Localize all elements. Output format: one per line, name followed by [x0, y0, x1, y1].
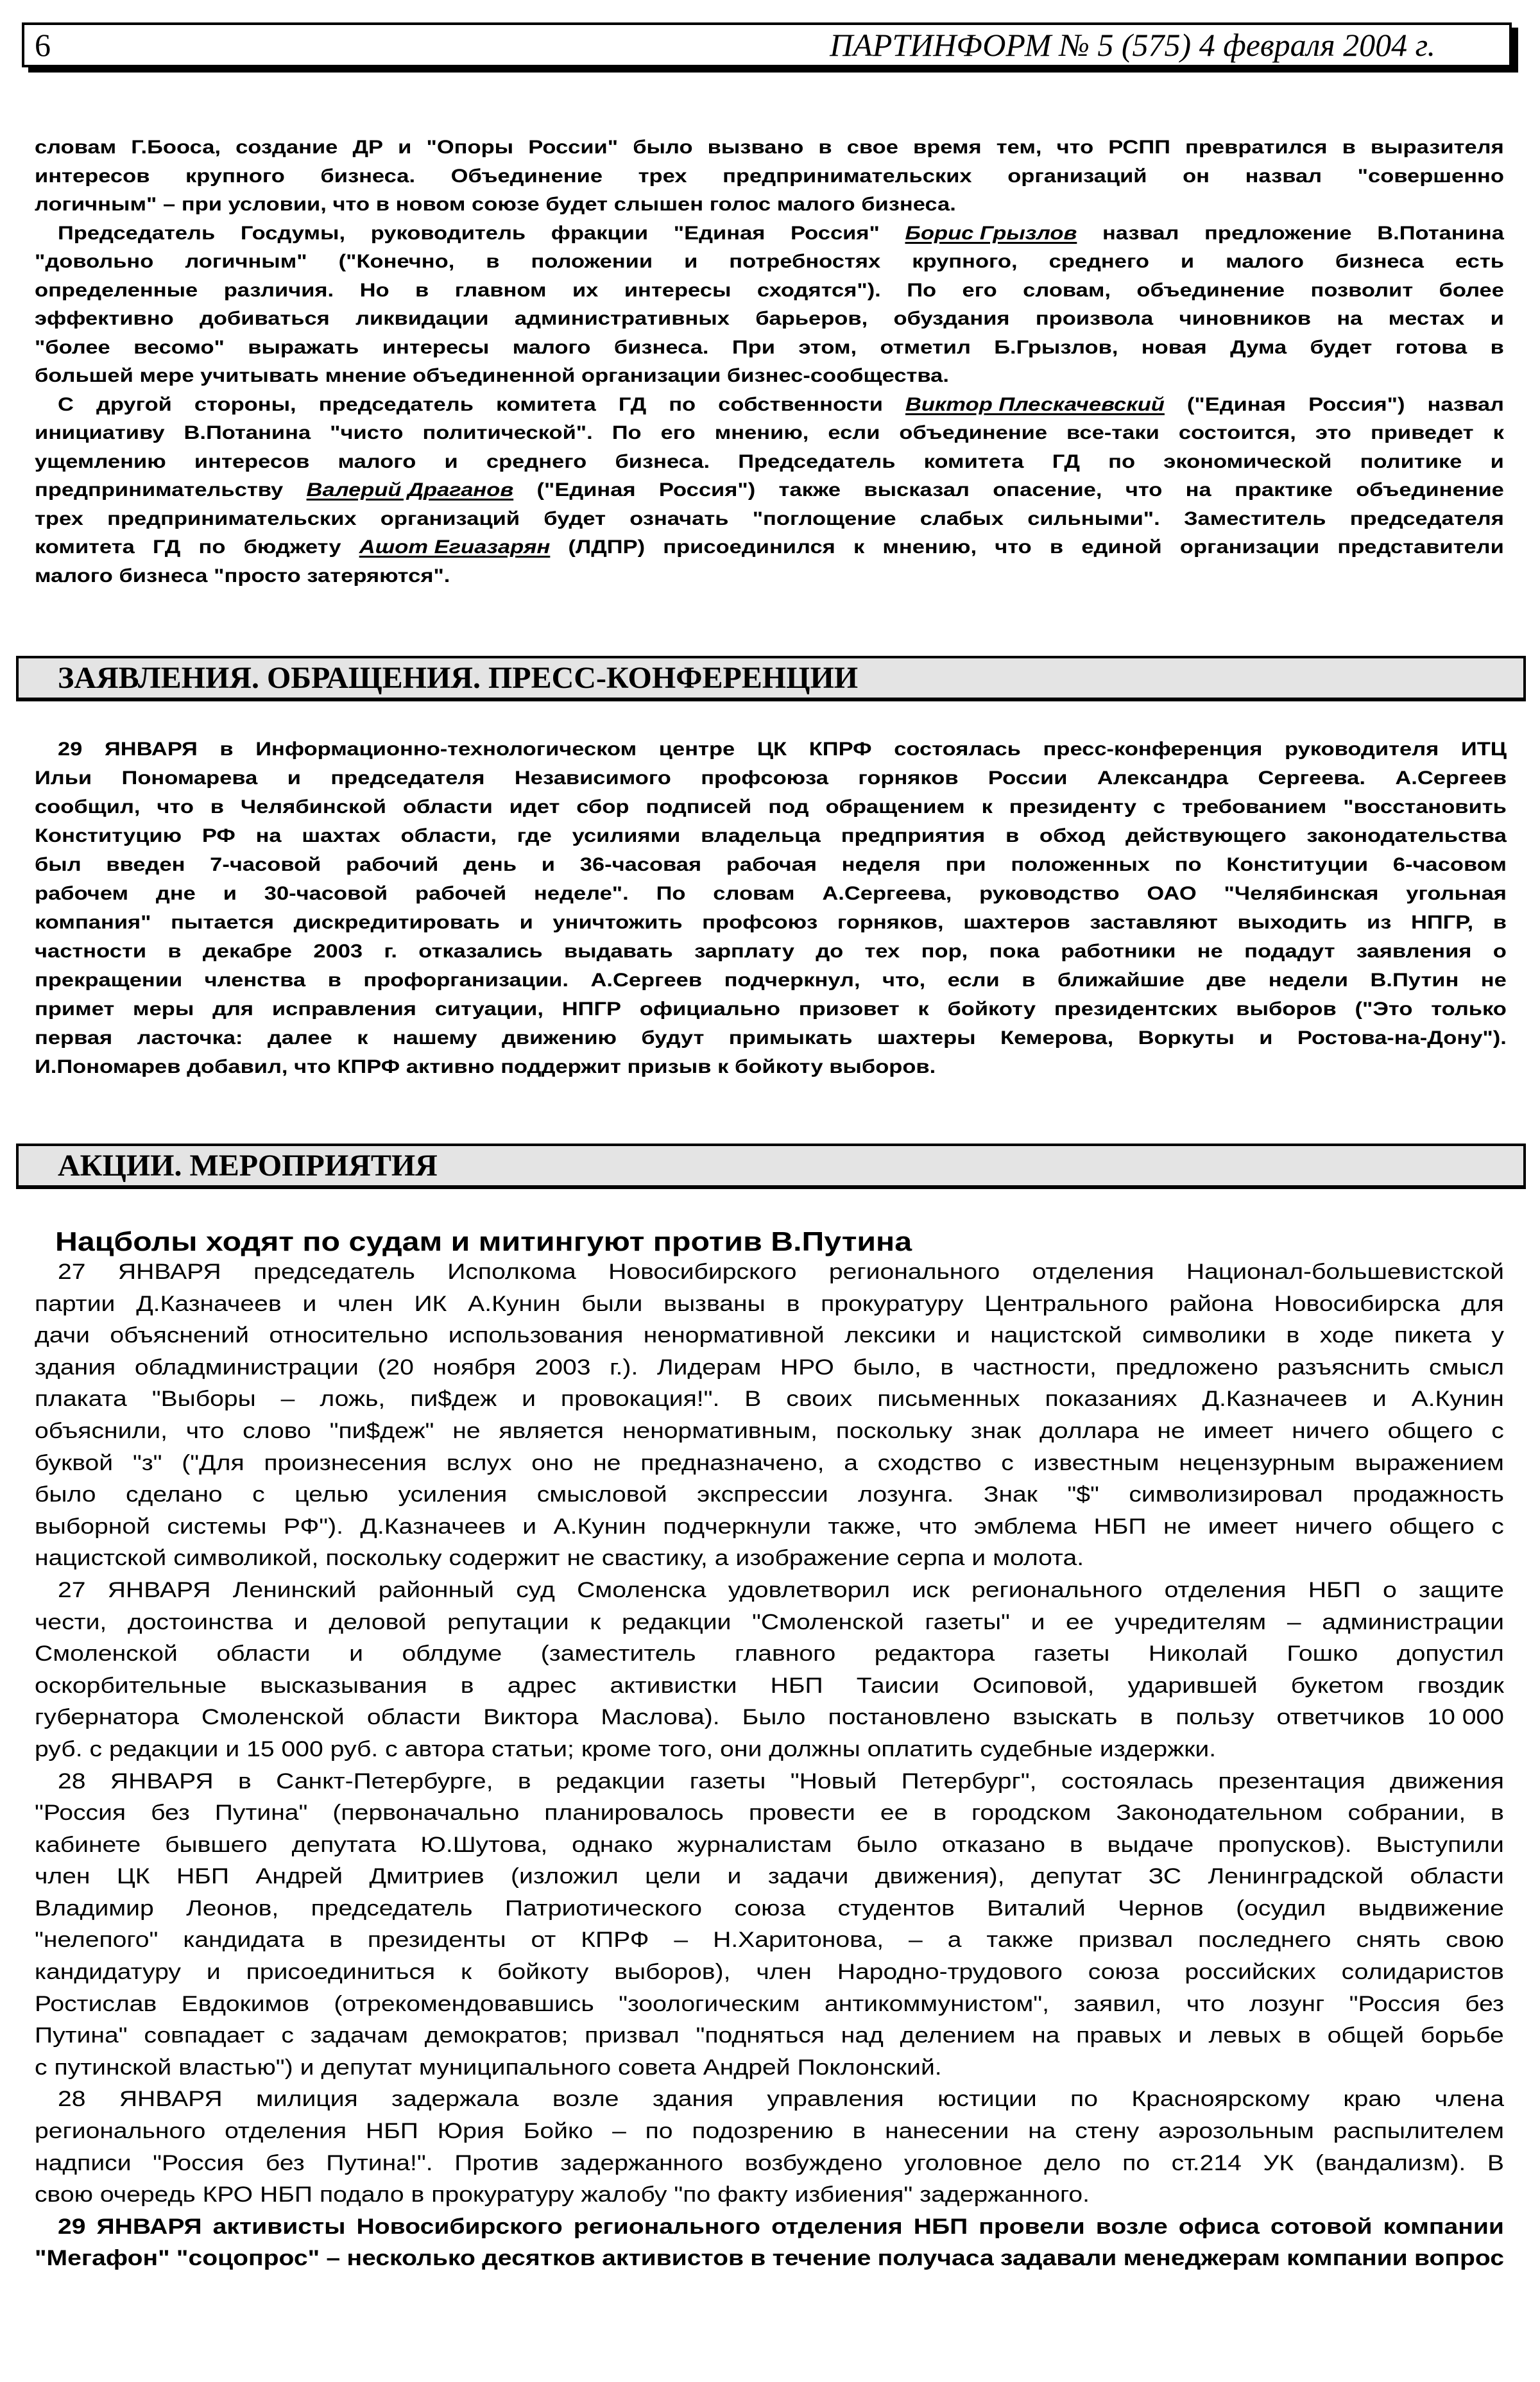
word: ЯНВАРЯ: [97, 2211, 202, 2243]
person-name: Борис Грызлов: [905, 219, 1077, 248]
word: А.Кунин: [468, 1289, 560, 1321]
word: тем,: [997, 133, 1042, 162]
word: при: [182, 191, 222, 219]
word: ОАО: [1147, 879, 1196, 908]
word: Чернов: [1118, 1893, 1204, 1925]
word: в: [1287, 1320, 1300, 1352]
word: жалобу: [581, 2179, 667, 2211]
word: при: [946, 850, 986, 879]
word: с: [281, 2020, 294, 2052]
word: заявления: [1356, 937, 1472, 966]
text-line: буквой"з"("Дляпроизнесениявслухононепред…: [35, 1448, 1504, 1480]
text-line: КонституциюРФнашахтахобласти,гдеусилиями…: [35, 821, 1507, 850]
word: без: [266, 2148, 305, 2180]
word: официально: [640, 995, 780, 1024]
word: избиения": [794, 2179, 912, 2211]
word: районный: [379, 1575, 494, 1607]
word: слово: [243, 1416, 311, 1448]
word: антикоммунистом",: [825, 1989, 1049, 2021]
text-line: ИльиПономареваипредседателяНезависимогоп…: [35, 764, 1507, 793]
word: Объединение: [451, 162, 603, 191]
word: был: [35, 850, 81, 879]
word: крупного,: [912, 248, 1017, 277]
text-line: ВладимирЛеонов,председательПатриотическо…: [35, 1893, 1504, 1925]
text-line: былосделаносцельюусилениясмысловойэкспре…: [35, 1479, 1504, 1511]
word: не: [567, 1543, 594, 1575]
word: бизнеса: [119, 562, 207, 591]
word: (20: [377, 1352, 414, 1384]
word: предпринимательству: [35, 476, 283, 505]
word: бойкоту: [497, 1957, 588, 1989]
word: председателя: [1350, 505, 1504, 534]
word: (изложил: [511, 1861, 619, 1893]
word: Госдумы,: [241, 219, 345, 248]
word: регионального: [35, 2116, 205, 2148]
word: "Россия: [153, 2148, 244, 2180]
word: Санкт-Петербурге,: [276, 1766, 493, 1798]
word: стороны,: [194, 391, 296, 420]
word: РФ: [202, 821, 235, 850]
word: КРО: [203, 2179, 253, 2211]
word: г.: [384, 937, 397, 966]
word: общего: [1389, 1511, 1475, 1543]
word: КПРФ: [337, 1052, 400, 1081]
word: что: [186, 1416, 225, 1448]
word: НБП: [914, 2211, 968, 2243]
word: эмблема: [974, 1511, 1077, 1543]
word: и: [294, 1607, 308, 1639]
word: подадут: [1244, 937, 1335, 966]
word: для: [212, 995, 253, 1024]
word: факту: [717, 2179, 787, 2211]
word: позволит: [1310, 277, 1413, 305]
text-line: плаката"Выборы–ложь,пи$дежипровокация!".…: [35, 1384, 1504, 1416]
word: А.Кунин: [554, 1511, 646, 1543]
text-line: предпринимательствуВалерий Драганов("Еди…: [35, 476, 1504, 505]
word: профорганизации.: [363, 966, 569, 995]
word: изображение: [735, 1543, 889, 1575]
word: введен: [106, 850, 185, 879]
word: 30-часовой: [264, 879, 388, 908]
word: судебные: [980, 1734, 1093, 1766]
word: Против: [454, 2148, 538, 2180]
word: "более: [35, 334, 110, 363]
word: борьбе: [1421, 2020, 1504, 2052]
word: области: [1410, 1861, 1504, 1893]
word: если: [948, 966, 1000, 995]
word: кандидата: [183, 1924, 304, 1957]
word: новая: [1142, 334, 1207, 363]
text-line: 29ЯНВАРЯактивистыНовосибирскогорегиональ…: [35, 2211, 1504, 2243]
word: рабочий: [346, 850, 438, 879]
word: Знак: [984, 1479, 1038, 1511]
word: целью: [295, 1479, 368, 1511]
word: по: [1175, 850, 1202, 879]
word: бизнеса.: [614, 334, 709, 363]
text-line: "довольнологичным"("Конечно,вположенииип…: [35, 248, 1504, 277]
word: регионального: [574, 2211, 760, 2243]
word: предложено: [1115, 1352, 1258, 1384]
word: буквой: [35, 1448, 113, 1480]
word: задержала: [391, 2084, 518, 2116]
paragraph: 29ЯНВАРЯвИнформационно-технологическомце…: [35, 735, 1315, 1081]
word: ГД: [153, 533, 180, 562]
word: в: [853, 2116, 866, 2148]
word: ложь,: [320, 1384, 385, 1416]
word: политике: [1360, 448, 1462, 477]
text-line: кандидатуруиприсоединитьсякбойкотувыборо…: [35, 1957, 1504, 1989]
word: мнению,: [715, 419, 809, 448]
word: объединение: [1136, 277, 1285, 305]
word: в: [1491, 1797, 1504, 1829]
word: не: [1163, 1511, 1191, 1543]
word: малого: [1226, 248, 1304, 277]
word: более: [1439, 277, 1504, 305]
word: и: [956, 1320, 970, 1352]
word: администрации: [1322, 1607, 1504, 1639]
word: руководителя: [1285, 735, 1439, 764]
word: свою: [1446, 1924, 1504, 1957]
word: властью"): [178, 2052, 293, 2084]
word: вслух: [447, 1448, 512, 1480]
word: последнего: [1198, 1924, 1331, 1957]
word: интересов: [194, 448, 309, 477]
paragraph: словамГ.Бооса,созданиеДРи"ОпорыРоссии"бы…: [35, 133, 1312, 219]
word: ущемлению: [35, 448, 166, 477]
word: положении: [531, 248, 653, 277]
word: Александра: [1097, 764, 1228, 793]
word: цели: [645, 1861, 701, 1893]
word: является: [499, 1416, 604, 1448]
word: (ЛДПР): [569, 533, 646, 562]
word: член: [35, 1861, 90, 1893]
word: управления: [767, 2084, 903, 2116]
text-line: Смоленскойобластииоблдуме(заместительгла…: [35, 1638, 1504, 1670]
word: ("Для: [182, 1448, 244, 1480]
word: Смоленской: [201, 1702, 345, 1734]
word: слабых: [920, 505, 1004, 534]
word: создание: [235, 133, 338, 162]
text-line: дачиобъясненийотносительноиспользованиян…: [35, 1320, 1504, 1352]
word: из: [1367, 908, 1391, 937]
word: о: [1383, 1575, 1397, 1607]
word: Маслова).: [601, 1702, 719, 1734]
word: сбор: [576, 793, 629, 821]
word: владельца: [701, 821, 821, 850]
word: и: [300, 2052, 314, 2084]
word: КПРФ: [581, 1924, 649, 1957]
word: ударившей: [1128, 1670, 1258, 1702]
word: солидаристов: [1342, 1957, 1504, 1989]
text-line: компания"пытаетсядискредитироватьиуничто…: [35, 908, 1507, 937]
word: прокуратуру: [821, 1289, 963, 1321]
word: новом: [396, 191, 466, 219]
word: в: [1342, 133, 1356, 162]
word: добавил,: [187, 1052, 287, 1081]
word: движению: [502, 1024, 617, 1052]
word: было: [35, 1479, 96, 1511]
word: НБП: [260, 2179, 312, 2211]
word: защите: [1419, 1575, 1504, 1607]
word: системы: [167, 1511, 266, 1543]
word: высказывания: [260, 1670, 427, 1702]
word: области: [216, 1638, 310, 1670]
word: губернатора: [35, 1702, 179, 1734]
word: "восстановить: [1343, 793, 1507, 821]
word: без: [151, 1797, 190, 1829]
word: учитывать: [200, 362, 319, 391]
word: муниципального: [419, 2052, 611, 2084]
word: Г.Бооса,: [131, 133, 221, 162]
word: задержанного.: [920, 2179, 1090, 2211]
paragraph: ПредседательГосдумы,руководительфракции"…: [35, 219, 1312, 391]
word: выборов: [1236, 995, 1336, 1024]
word: действующего: [1125, 821, 1287, 850]
word: а: [948, 1924, 962, 1957]
word: произнесения: [264, 1448, 427, 1480]
word: практике: [1235, 476, 1333, 505]
word: пресс-конференция: [1043, 735, 1263, 764]
word: десятков: [482, 2243, 595, 2275]
word: выражением: [1355, 1448, 1503, 1480]
word: профсоюза: [701, 764, 828, 793]
word: Но: [360, 277, 389, 305]
word: и: [1259, 1024, 1272, 1052]
word: пор,: [921, 937, 968, 966]
text-line: 27ЯНВАРЯпредседательИсполкомаНовосибирск…: [35, 1256, 1504, 1289]
word: примыкать: [729, 1024, 853, 1052]
text-line: определенныеразличия.Новглавномихинтерес…: [35, 277, 1504, 305]
word: депутата: [292, 1829, 397, 1862]
word: Николай: [1149, 1638, 1248, 1670]
word: и: [1031, 1607, 1045, 1639]
word: студентов: [837, 1893, 954, 1925]
word: 27: [58, 1256, 86, 1289]
word: среднего: [1049, 248, 1149, 277]
text-line: 27ЯНВАРЯЛенинскийрайонныйсудСмоленскаудо…: [35, 1575, 1504, 1607]
word: предприятия: [841, 821, 986, 850]
word: в: [940, 1352, 954, 1384]
word: задавали: [1000, 2243, 1116, 2275]
word: "по: [674, 2179, 710, 2211]
word: нецензурным: [1179, 1448, 1335, 1480]
word: "чисто: [330, 419, 403, 448]
word: Национал-большевистской: [1186, 1256, 1504, 1289]
word: превратился: [1185, 133, 1327, 162]
word: свастику,: [602, 1543, 708, 1575]
text-line: "нелепого"кандидатавпрезидентыотКПРФ–Н.Х…: [35, 1924, 1504, 1957]
word: организации: [581, 362, 721, 391]
word: автора: [405, 1734, 484, 1766]
word: произвола: [1036, 305, 1153, 334]
word: сходятся").: [757, 277, 881, 305]
word: означать: [629, 505, 728, 534]
word: бойкоту: [947, 995, 1036, 1024]
word: "з": [133, 1448, 162, 1480]
word: зарплату: [694, 937, 794, 966]
text-line: сообщил,чтовЧелябинскойобластиидетсборпо…: [35, 793, 1507, 821]
word: редакции: [622, 1607, 731, 1639]
word: в: [411, 2179, 425, 2211]
word: ЯНВАРЯ: [105, 735, 198, 764]
word: символики: [1142, 1320, 1266, 1352]
word: на: [1032, 2020, 1059, 2052]
word: (отрекомендовавшись: [334, 1989, 594, 2021]
word: что: [1057, 133, 1094, 162]
word: ЯНВАРЯ: [110, 1766, 214, 1798]
word: редактора: [875, 1638, 995, 1670]
word: ликвидации: [355, 305, 489, 334]
word: идет: [509, 793, 560, 821]
word: чиновников: [1179, 305, 1312, 334]
paragraph: 28ЯНВАРЯвСанкт-Петербурге,вредакциигазет…: [35, 1766, 1312, 2084]
text-line: былвведен7-часовойрабочийденьи36-часовая…: [35, 850, 1507, 879]
word: и: [223, 879, 237, 908]
word: уничтожить: [552, 908, 682, 937]
word: по: [1122, 2148, 1150, 2180]
word: главном: [455, 277, 547, 305]
word: "Новый: [791, 1766, 877, 1798]
word: выдвижение: [1358, 1893, 1504, 1925]
word: только: [1431, 995, 1507, 1024]
word: шахтеры: [877, 1024, 976, 1052]
word: вызвано: [708, 133, 804, 162]
word: а: [715, 1543, 729, 1575]
word: недели: [1269, 966, 1348, 995]
word: лозунга.: [858, 1479, 954, 1511]
text-line: ущемлениюинтересовмалогоисреднегобизнеса…: [35, 448, 1504, 477]
word: и: [520, 908, 533, 937]
word: (вандализм).: [1315, 2148, 1466, 2180]
statements-text: 29ЯНВАРЯвИнформационно-технологическомце…: [35, 735, 1315, 1081]
word: регионального: [829, 1256, 1000, 1289]
word: ("Единая: [536, 476, 635, 505]
word: деловой: [329, 1607, 426, 1639]
word: Россия": [791, 219, 880, 248]
word: к: [1493, 419, 1504, 448]
word: 7-часовой: [210, 850, 321, 879]
word: в: [1140, 1702, 1153, 1734]
word: мнение: [325, 362, 407, 391]
word: будет: [545, 191, 608, 219]
word: бывшего: [165, 1829, 268, 1862]
word: Новосибирского: [608, 1256, 796, 1289]
word: России": [528, 133, 618, 162]
word: заставляют: [1090, 908, 1217, 937]
word: шахтеров: [963, 908, 1070, 937]
word: Законодательном: [1116, 1797, 1322, 1829]
word: другой: [96, 391, 172, 420]
word: частности,: [973, 1352, 1097, 1384]
word: пользу: [1176, 1702, 1254, 1734]
word: распылителем: [1333, 2116, 1504, 2148]
word: состоялась: [1061, 1766, 1193, 1798]
word: Смоленской: [35, 1638, 178, 1670]
word: "Россия: [1349, 1989, 1441, 2021]
word: если: [828, 419, 880, 448]
word: словам: [713, 879, 794, 908]
word: большей: [35, 362, 133, 391]
word: единой: [1081, 533, 1161, 562]
word: выборной: [35, 1511, 150, 1543]
word: выдавать: [564, 937, 673, 966]
word: декабре: [203, 937, 292, 966]
word: провести: [749, 1797, 855, 1829]
word: ИТЦ: [1461, 735, 1507, 764]
word: вопрос: [1414, 2243, 1504, 2275]
word: с: [252, 1479, 265, 1511]
word: В.Путин: [1370, 966, 1459, 995]
word: их: [572, 277, 598, 305]
word: отказались: [418, 937, 542, 966]
word: 6-часовом: [1393, 850, 1507, 879]
word: "Единая: [674, 219, 766, 248]
word: он: [1183, 162, 1210, 191]
word: (первоначально: [332, 1797, 519, 1829]
word: Лидерам: [657, 1352, 761, 1384]
word: у: [1491, 1320, 1504, 1352]
word: горняков: [858, 764, 958, 793]
word: ЯНВАРЯ: [118, 1256, 221, 1289]
word: РФ").: [284, 1511, 343, 1543]
word: Народно-трудового: [837, 1957, 1063, 1989]
word: Д.Казначеев: [360, 1511, 505, 1543]
section-header-statements: ЗАЯВЛЕНИЯ. ОБРАЩЕНИЯ. ПРЕСС-КОНФЕРЕНЦИИ: [16, 656, 1526, 701]
word: Путина!".: [326, 2148, 432, 2180]
person-name: Валерий Драганов: [307, 476, 514, 505]
word: председателя: [330, 764, 484, 793]
word: к: [717, 1052, 728, 1081]
word: призовет: [799, 995, 900, 1024]
word: и: [1181, 248, 1194, 277]
word: "Смоленской: [752, 1607, 904, 1639]
word: в: [518, 1766, 531, 1798]
word: Виктора: [483, 1702, 578, 1734]
word: они: [720, 1734, 762, 1766]
word: руководитель: [371, 219, 526, 248]
word: серпа: [896, 1543, 964, 1575]
word: усиления: [398, 1479, 508, 1511]
word: в: [933, 1797, 946, 1829]
word: "нелепого": [35, 1924, 158, 1957]
word: о: [1493, 937, 1507, 966]
word: выдаче: [1108, 1829, 1194, 1862]
word: рабочем: [35, 879, 128, 908]
word: выборов),: [614, 1957, 730, 1989]
text-line: кабинетебывшегодепутатаЮ.Шутова,однакожу…: [35, 1829, 1504, 1862]
word: не: [1197, 937, 1223, 966]
word: неделе".: [534, 879, 629, 908]
word: и: [207, 1957, 221, 1989]
word: эффективно: [35, 305, 174, 334]
word: комитета: [35, 533, 135, 562]
word: А.Сергеев: [1395, 764, 1507, 793]
word: нацистской: [990, 1320, 1122, 1352]
word: подозрению: [692, 2116, 833, 2148]
word: что: [919, 1511, 957, 1543]
word: Андрей: [255, 1861, 343, 1893]
word: 15 000: [246, 1734, 323, 1766]
word: 28: [58, 1766, 86, 1798]
text-line: 28ЯНВАРЯмилициязадержалавозлезданияуправ…: [35, 2084, 1504, 2116]
word: инициативу: [35, 419, 165, 448]
paragraph: 28ЯНВАРЯмилициязадержалавозлезданияуправ…: [35, 2084, 1312, 2211]
word: поддержит: [501, 1052, 621, 1081]
text-line: трехпредпринимательскихорганизацийбудето…: [35, 505, 1504, 534]
word: барьеров,: [755, 305, 868, 334]
text-line: региональногоотделенияНБПЮрияБойко–попод…: [35, 2116, 1504, 2148]
word: В: [744, 1384, 761, 1416]
